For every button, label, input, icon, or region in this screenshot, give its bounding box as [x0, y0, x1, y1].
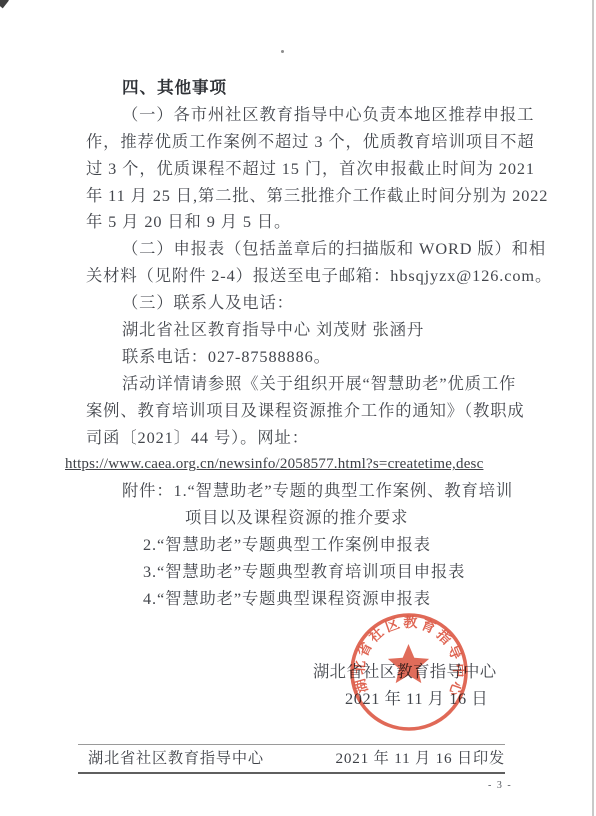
paragraph-line: 年 5 月 20 日和 9 月 5 日。 [86, 209, 538, 236]
footer-rule-top [78, 744, 505, 745]
paragraph-line: 作，推荐优质工作案例不超过 3 个，优质教育培训项目不超 [86, 129, 538, 156]
document-body: 四、其他事项 （一）各市州社区教育指导中心负责本地区推荐申报工 作，推荐优质工作… [86, 75, 538, 613]
paragraph-line: （三）联系人及电话： [86, 290, 538, 317]
attachment-line-2: 2.“智慧助老”专题典型工作案例申报表 [86, 532, 538, 559]
paragraph-line: 活动详情请参照《关于组织开展“智慧助老”优质工作 [86, 371, 538, 398]
attachment-line-1: 附件：1.“智慧助老”专题的典型工作案例、教育培训 [86, 478, 538, 505]
attachment-line-3: 3.“智慧助老”专题典型教育培训项目申报表 [86, 559, 538, 586]
official-seal-stamp: 湖北省社区教育指导中心 [346, 609, 472, 735]
paragraph-line: 关材料（见附件 2-4）报送至电子邮箱：hbsqjyzx@126.com。 [86, 263, 538, 290]
page-number: - 3 - [488, 780, 512, 791]
paragraph-line: 司函〔2021〕44 号）。网址： [86, 425, 538, 452]
paragraph-line: （二）申报表（包括盖章后的扫描版和 WORD 版）和相 [86, 236, 538, 263]
paragraph-line: 案例、教育培训项目及课程资源推介工作的通知》（教职成 [86, 398, 538, 425]
footer-rule-bottom [78, 772, 505, 774]
paragraph-line: （一）各市州社区教育指导中心负责本地区推荐申报工 [86, 102, 538, 129]
scan-speck [281, 50, 284, 53]
scan-corner-mark [0, 0, 9, 8]
contact-phone-line: 联系电话：027-87588886。 [86, 344, 538, 371]
section-heading: 四、其他事项 [86, 75, 538, 102]
document-page: 四、其他事项 （一）各市州社区教育指导中心负责本地区推荐申报工 作，推荐优质工作… [0, 0, 596, 816]
paragraph-line: 过 3 个，优质课程不超过 15 门，首次申报截止时间为 2021 [86, 156, 538, 183]
paragraph-line: 年 11 月 25 日,第二批、第三批推介工作截止时间分别为 2022 [86, 183, 538, 210]
scan-edge-line [592, 0, 594, 816]
footer-issuing-org: 湖北省社区教育指导中心 [88, 748, 264, 770]
contact-names-line: 湖北省社区教育指导中心 刘茂财 张涵丹 [86, 317, 538, 344]
seal-star-icon [388, 644, 429, 683]
document-url: https://www.caea.org.cn/newsinfo/2058577… [65, 451, 538, 478]
attachment-line-1-cont: 项目以及课程资源的推介要求 [86, 505, 538, 532]
footer-issue-date: 2021 年 11 月 16 日印发 [335, 748, 505, 770]
footer-row: 湖北省社区教育指导中心 2021 年 11 月 16 日印发 [88, 748, 505, 770]
